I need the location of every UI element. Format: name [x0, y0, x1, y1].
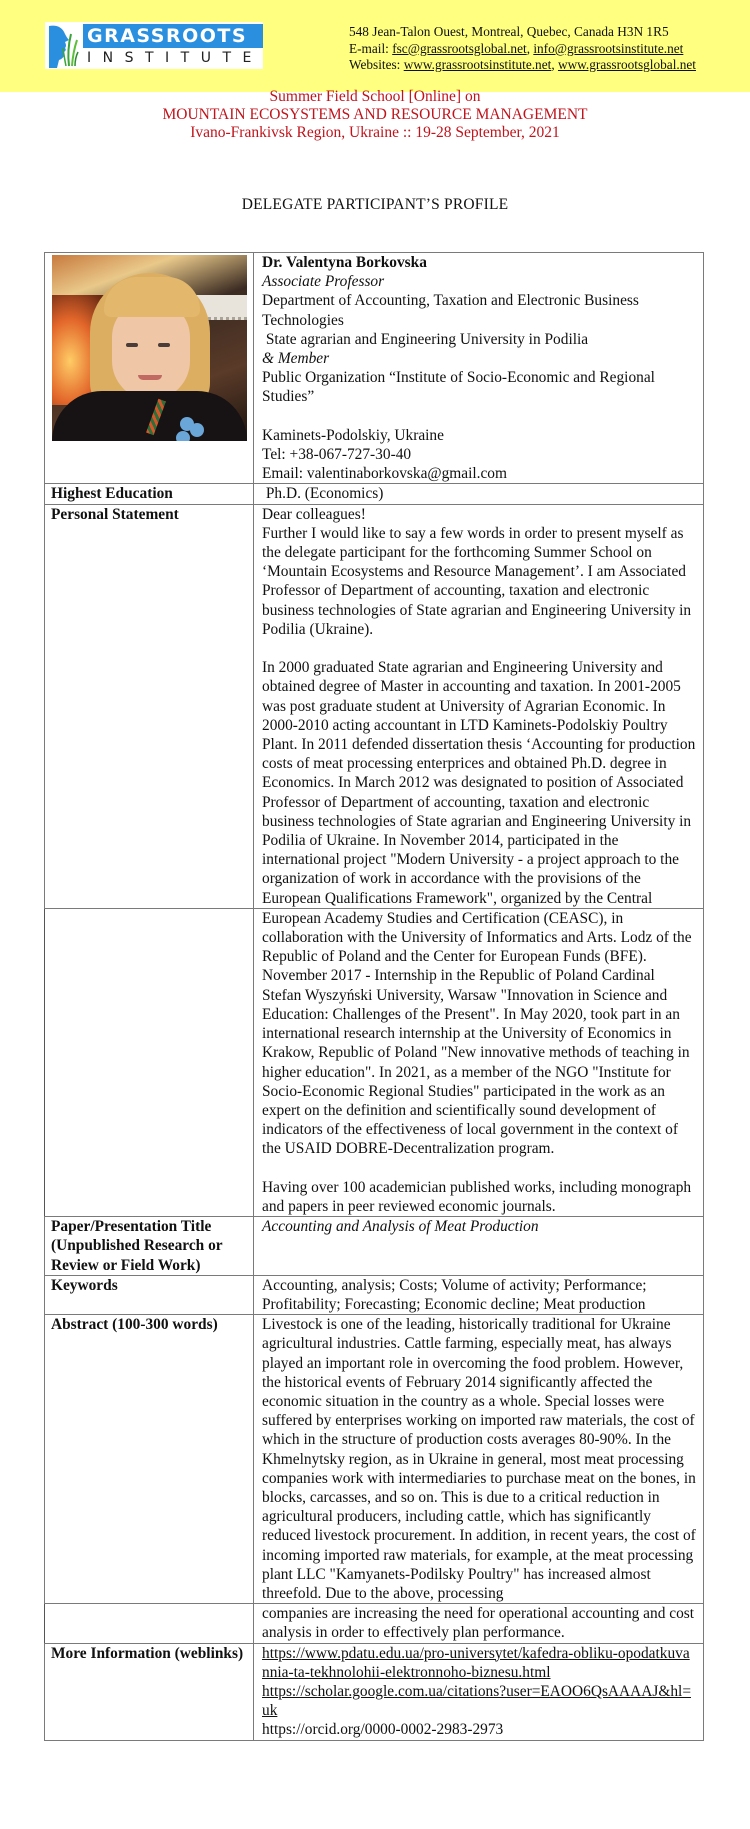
table-row-statement-continued: European Academy Studies and Certificati… — [45, 908, 704, 1216]
event-heading: Summer Field School [Online] on MOUNTAIN… — [0, 88, 750, 142]
participant-email: Email: valentinaborkovska@gmail.com — [262, 464, 697, 483]
weblink-orcid[interactable]: https://orcid.org/0000-0002-2983-2973 — [262, 1720, 697, 1739]
weblink-pdatu[interactable]: https://www.pdatu.edu.ua/pro-universytet… — [262, 1644, 697, 1682]
participant-department: Department of Accounting, Taxation and E… — [262, 291, 697, 329]
keywords-label: Keywords — [45, 1275, 254, 1314]
statement-paragraph-2b: European Academy Studies and Certificati… — [262, 909, 697, 1159]
paper-label: Paper/Presentation Title (Unpublished Re… — [45, 1217, 254, 1276]
table-row-education: Highest Education Ph.D. (Economics) — [45, 484, 704, 504]
participant-university: State agrarian and Engineering Universit… — [262, 330, 697, 349]
event-line-2: MOUNTAIN ECOSYSTEMS AND RESOURCE MANAGEM… — [0, 106, 750, 124]
statement-greeting: Dear colleagues! — [262, 505, 697, 524]
more-info-value: https://www.pdatu.edu.ua/pro-universytet… — [254, 1643, 704, 1740]
participant-position: Associate Professor — [262, 272, 697, 291]
address: 548 Jean-Talon Ouest, Montreal, Quebec, … — [349, 24, 696, 41]
statement-label: Personal Statement — [45, 504, 254, 908]
email-link-fsc[interactable]: fsc@grassrootsglobal.net — [392, 41, 526, 56]
grassroots-logo: GRASSROOTS INSTITUTE — [45, 22, 263, 69]
website-link-global[interactable]: www.grassrootsglobal.net — [558, 57, 696, 72]
participant-name: Dr. Valentyna Borkovska — [262, 253, 697, 272]
websites-line: Websites: www.grassrootsinstitute.net, w… — [349, 57, 696, 74]
profile-table: Dr. Valentyna Borkovska Associate Profes… — [44, 252, 704, 1741]
email-link-info[interactable]: info@grassrootsinstitute.net — [533, 41, 683, 56]
profile-details-cell: Dr. Valentyna Borkovska Associate Profes… — [254, 253, 704, 484]
table-row-statement: Personal Statement Dear colleagues! Furt… — [45, 504, 704, 908]
abstract-label: Abstract (100-300 words) — [45, 1315, 254, 1604]
statement-value: Dear colleagues! Further I would like to… — [254, 504, 704, 908]
email-label: E-mail: — [349, 41, 392, 56]
abstract-value-continued: companies are increasing the need for op… — [254, 1604, 704, 1643]
table-row-abstract: Abstract (100-300 words) Livestock is on… — [45, 1315, 704, 1604]
table-row-profile: Dr. Valentyna Borkovska Associate Profes… — [45, 253, 704, 484]
statement-value-continued: European Academy Studies and Certificati… — [254, 908, 704, 1216]
statement-paragraph-1: Further I would like to say a few words … — [262, 524, 697, 639]
header-band: GRASSROOTS INSTITUTE 548 Jean-Talon Oues… — [0, 0, 750, 92]
table-row-paper: Paper/Presentation Title (Unpublished Re… — [45, 1217, 704, 1276]
table-row-keywords: Keywords Accounting, analysis; Costs; Vo… — [45, 1275, 704, 1314]
education-value: Ph.D. (Economics) — [254, 484, 704, 504]
statement-paragraph-3: Having over 100 academician published wo… — [262, 1178, 697, 1216]
photo-cell — [45, 253, 254, 484]
abstract-value: Livestock is one of the leading, histori… — [254, 1315, 704, 1604]
participant-city: Kaminets-Podolskiy, Ukraine — [262, 426, 697, 445]
member-label: & Member — [262, 349, 697, 368]
websites-label: Websites: — [349, 57, 404, 72]
logo-wordmark-top: GRASSROOTS — [83, 24, 263, 48]
table-row-abstract-continued: companies are increasing the need for op… — [45, 1604, 704, 1643]
separator: , — [551, 57, 558, 72]
email-line: E-mail: fsc@grassrootsglobal.net, info@g… — [349, 41, 696, 58]
participant-tel: Tel: +38-067-727-30-40 — [262, 445, 697, 464]
statement-paragraph-2a: In 2000 graduated State agrarian and Eng… — [262, 658, 697, 908]
website-link-institute[interactable]: www.grassrootsinstitute.net — [404, 57, 552, 72]
participant-photo — [52, 255, 247, 441]
face-grass-icon — [45, 22, 79, 69]
paper-title: Accounting and Analysis of Meat Producti… — [254, 1217, 704, 1276]
more-info-label: More Information (weblinks) — [45, 1643, 254, 1740]
keywords-value: Accounting, analysis; Costs; Volume of a… — [254, 1275, 704, 1314]
logo-wordmark-bottom: INSTITUTE — [83, 48, 263, 68]
table-row-more-info: More Information (weblinks) https://www.… — [45, 1643, 704, 1740]
statement-label-empty — [45, 908, 254, 1216]
weblink-google-scholar[interactable]: https://scholar.google.com.ua/citations?… — [262, 1682, 697, 1720]
event-line-1: Summer Field School [Online] on — [0, 88, 750, 106]
page-title: DELEGATE PARTICIPANT’S PROFILE — [0, 196, 750, 214]
participant-organization: Public Organization “Institute of Socio-… — [262, 368, 697, 406]
abstract-label-empty — [45, 1604, 254, 1643]
contact-block: 548 Jean-Talon Ouest, Montreal, Quebec, … — [349, 24, 696, 74]
event-line-3: Ivano-Frankivsk Region, Ukraine :: 19-28… — [0, 124, 750, 142]
education-label: Highest Education — [45, 484, 254, 504]
